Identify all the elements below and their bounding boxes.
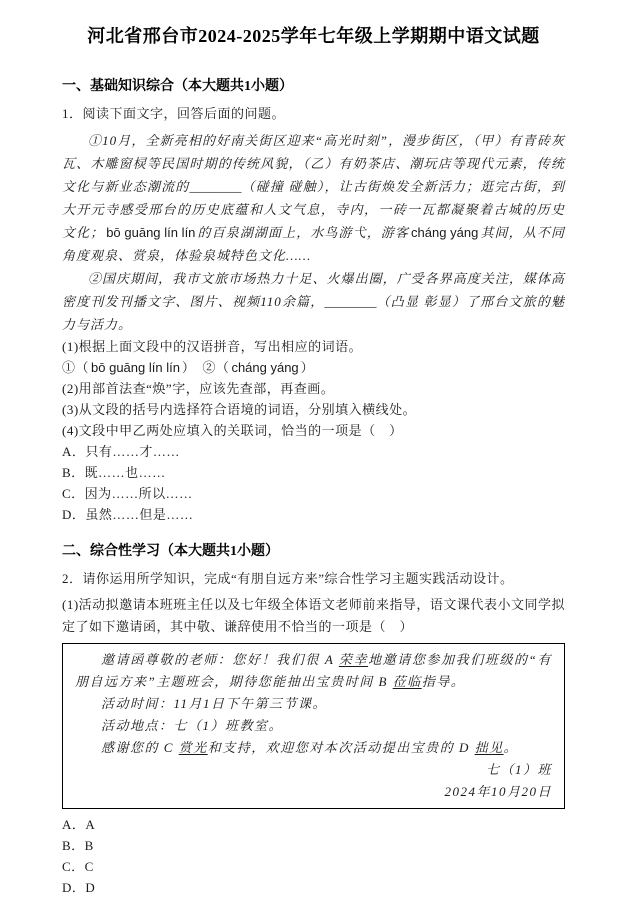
item-marker: ） [301, 360, 315, 375]
invitation-text: 和支持，欢迎您对本次活动提出宝贵的 D [208, 740, 475, 755]
underlined-word-d: 拙见 [475, 740, 504, 755]
sub-question-list: (1)根据上面文段中的汉语拼音，写出相应的词语。 ①（bō guāng lín … [62, 339, 565, 439]
option-d: D．D [62, 880, 565, 896]
option-b: B．既……也…… [62, 465, 565, 481]
pinyin-bo-guang-lin-lin: bō guāng lín lín [89, 360, 182, 375]
fill-in-blank-1: ________ [189, 179, 241, 194]
section2-heading: 二、综合性学习（本大题共1小题） [62, 543, 565, 560]
signature-date: 2024年10月20日 [75, 781, 552, 803]
question-1-intro: 1．阅读下面文字，回答后面的问题。 [62, 106, 565, 122]
underlined-word-c: 赏光 [179, 740, 208, 755]
sub-question-1: (1)根据上面文段中的汉语拼音，写出相应的词语。 [62, 339, 565, 355]
passage-text: 的百泉湖湖面上，水鸟游弋，游客 [197, 225, 409, 240]
invitation-time-line: 活动时间：11月1日下午第三节课。 [75, 693, 552, 715]
invitation-place-line: 活动地点：七（1）班教室。 [75, 715, 552, 737]
sub-question-3: (3)从文段的括号内选择符合语境的词语，分别填入横线处。 [62, 402, 565, 418]
question-1-options: A．只有……才…… B．既……也…… C．因为……所以…… D．虽然……但是…… [62, 444, 565, 523]
section1-heading: 一、基础知识综合（本大题共1小题） [62, 78, 565, 95]
item-marker: ①（ [62, 360, 89, 375]
exam-paper-page: 河北省邢台市2024-2025学年七年级上学期期中语文试题 一、基础知识综合（本… [0, 0, 622, 916]
invitation-text: 指导。 [422, 674, 466, 689]
underlined-word-b: 莅临 [393, 674, 422, 689]
invitation-text: 感谢您的 C [101, 740, 179, 755]
invitation-letter-box: 邀请函尊敬的老师：您好！我们很 A 荣幸地邀请您参加我们班级的“有朋自远方来”主… [62, 643, 565, 809]
option-a: A．A [62, 817, 565, 833]
question-2-options: A．A B．B C．C D．D [62, 817, 565, 896]
option-c: C．C [62, 859, 565, 875]
invitation-opening-line: 邀请函尊敬的老师：您好！我们很 A 荣幸地邀请您参加我们班级的“有朋自远方来”主… [75, 649, 552, 693]
option-b: B．B [62, 838, 565, 854]
sub-question-1-items: ①（bō guāng lín lín） ②（cháng yáng） [62, 360, 565, 376]
sub-question-2: (2)用部首法查“焕”字，应该先查部，再查画。 [62, 381, 565, 397]
reading-passage: ①10月，全新亮相的好南关街区迎来“高光时刻”，漫步街区，（甲）有青砖灰瓦、木雕… [62, 129, 565, 336]
invitation-thanks-line: 感谢您的 C 赏光和支持，欢迎您对本次活动提出宝贵的 D 拙见。 [75, 737, 552, 759]
pinyin-chang-yang: cháng yáng [229, 360, 300, 375]
signature-class: 七（1）班 [75, 759, 552, 781]
pinyin-chang-yang: cháng yáng [409, 225, 480, 240]
question-2-sub-1: (1)活动拟邀请本班班主任以及七年级全体语文老师前来指导，语文课代表小文同学拟定… [62, 594, 565, 638]
question-2-intro: 2．请你运用所学知识，完成“有朋自远方来”综合性学习主题实践活动设计。 [62, 571, 565, 587]
invitation-text: 邀请函尊敬的老师：您好！我们很 A [101, 652, 339, 667]
underlined-word-a: 荣幸 [339, 652, 368, 667]
passage-paragraph-1: ①10月，全新亮相的好南关街区迎来“高光时刻”，漫步街区，（甲）有青砖灰瓦、木雕… [62, 129, 565, 267]
pinyin-bo-guang-lin-lin: bō guāng lín lín [104, 225, 197, 240]
option-d: D．虽然……但是…… [62, 507, 565, 523]
fill-in-blank-2: ________ [324, 294, 376, 309]
passage-paragraph-2: ②国庆期间，我市文旅市场热力十足、火爆出圈，广受各界高度关注，媒体高密度刊发刊播… [62, 267, 565, 336]
sub-question-4: (4)文段中甲乙两处应填入的关联词，恰当的一项是（ ） [62, 423, 565, 439]
item-marker: ） ②（ [182, 360, 230, 375]
invitation-text: 。 [504, 740, 519, 755]
option-c: C．因为……所以…… [62, 486, 565, 502]
option-a: A．只有……才…… [62, 444, 565, 460]
page-title: 河北省邢台市2024-2025学年七年级上学期期中语文试题 [62, 24, 565, 48]
